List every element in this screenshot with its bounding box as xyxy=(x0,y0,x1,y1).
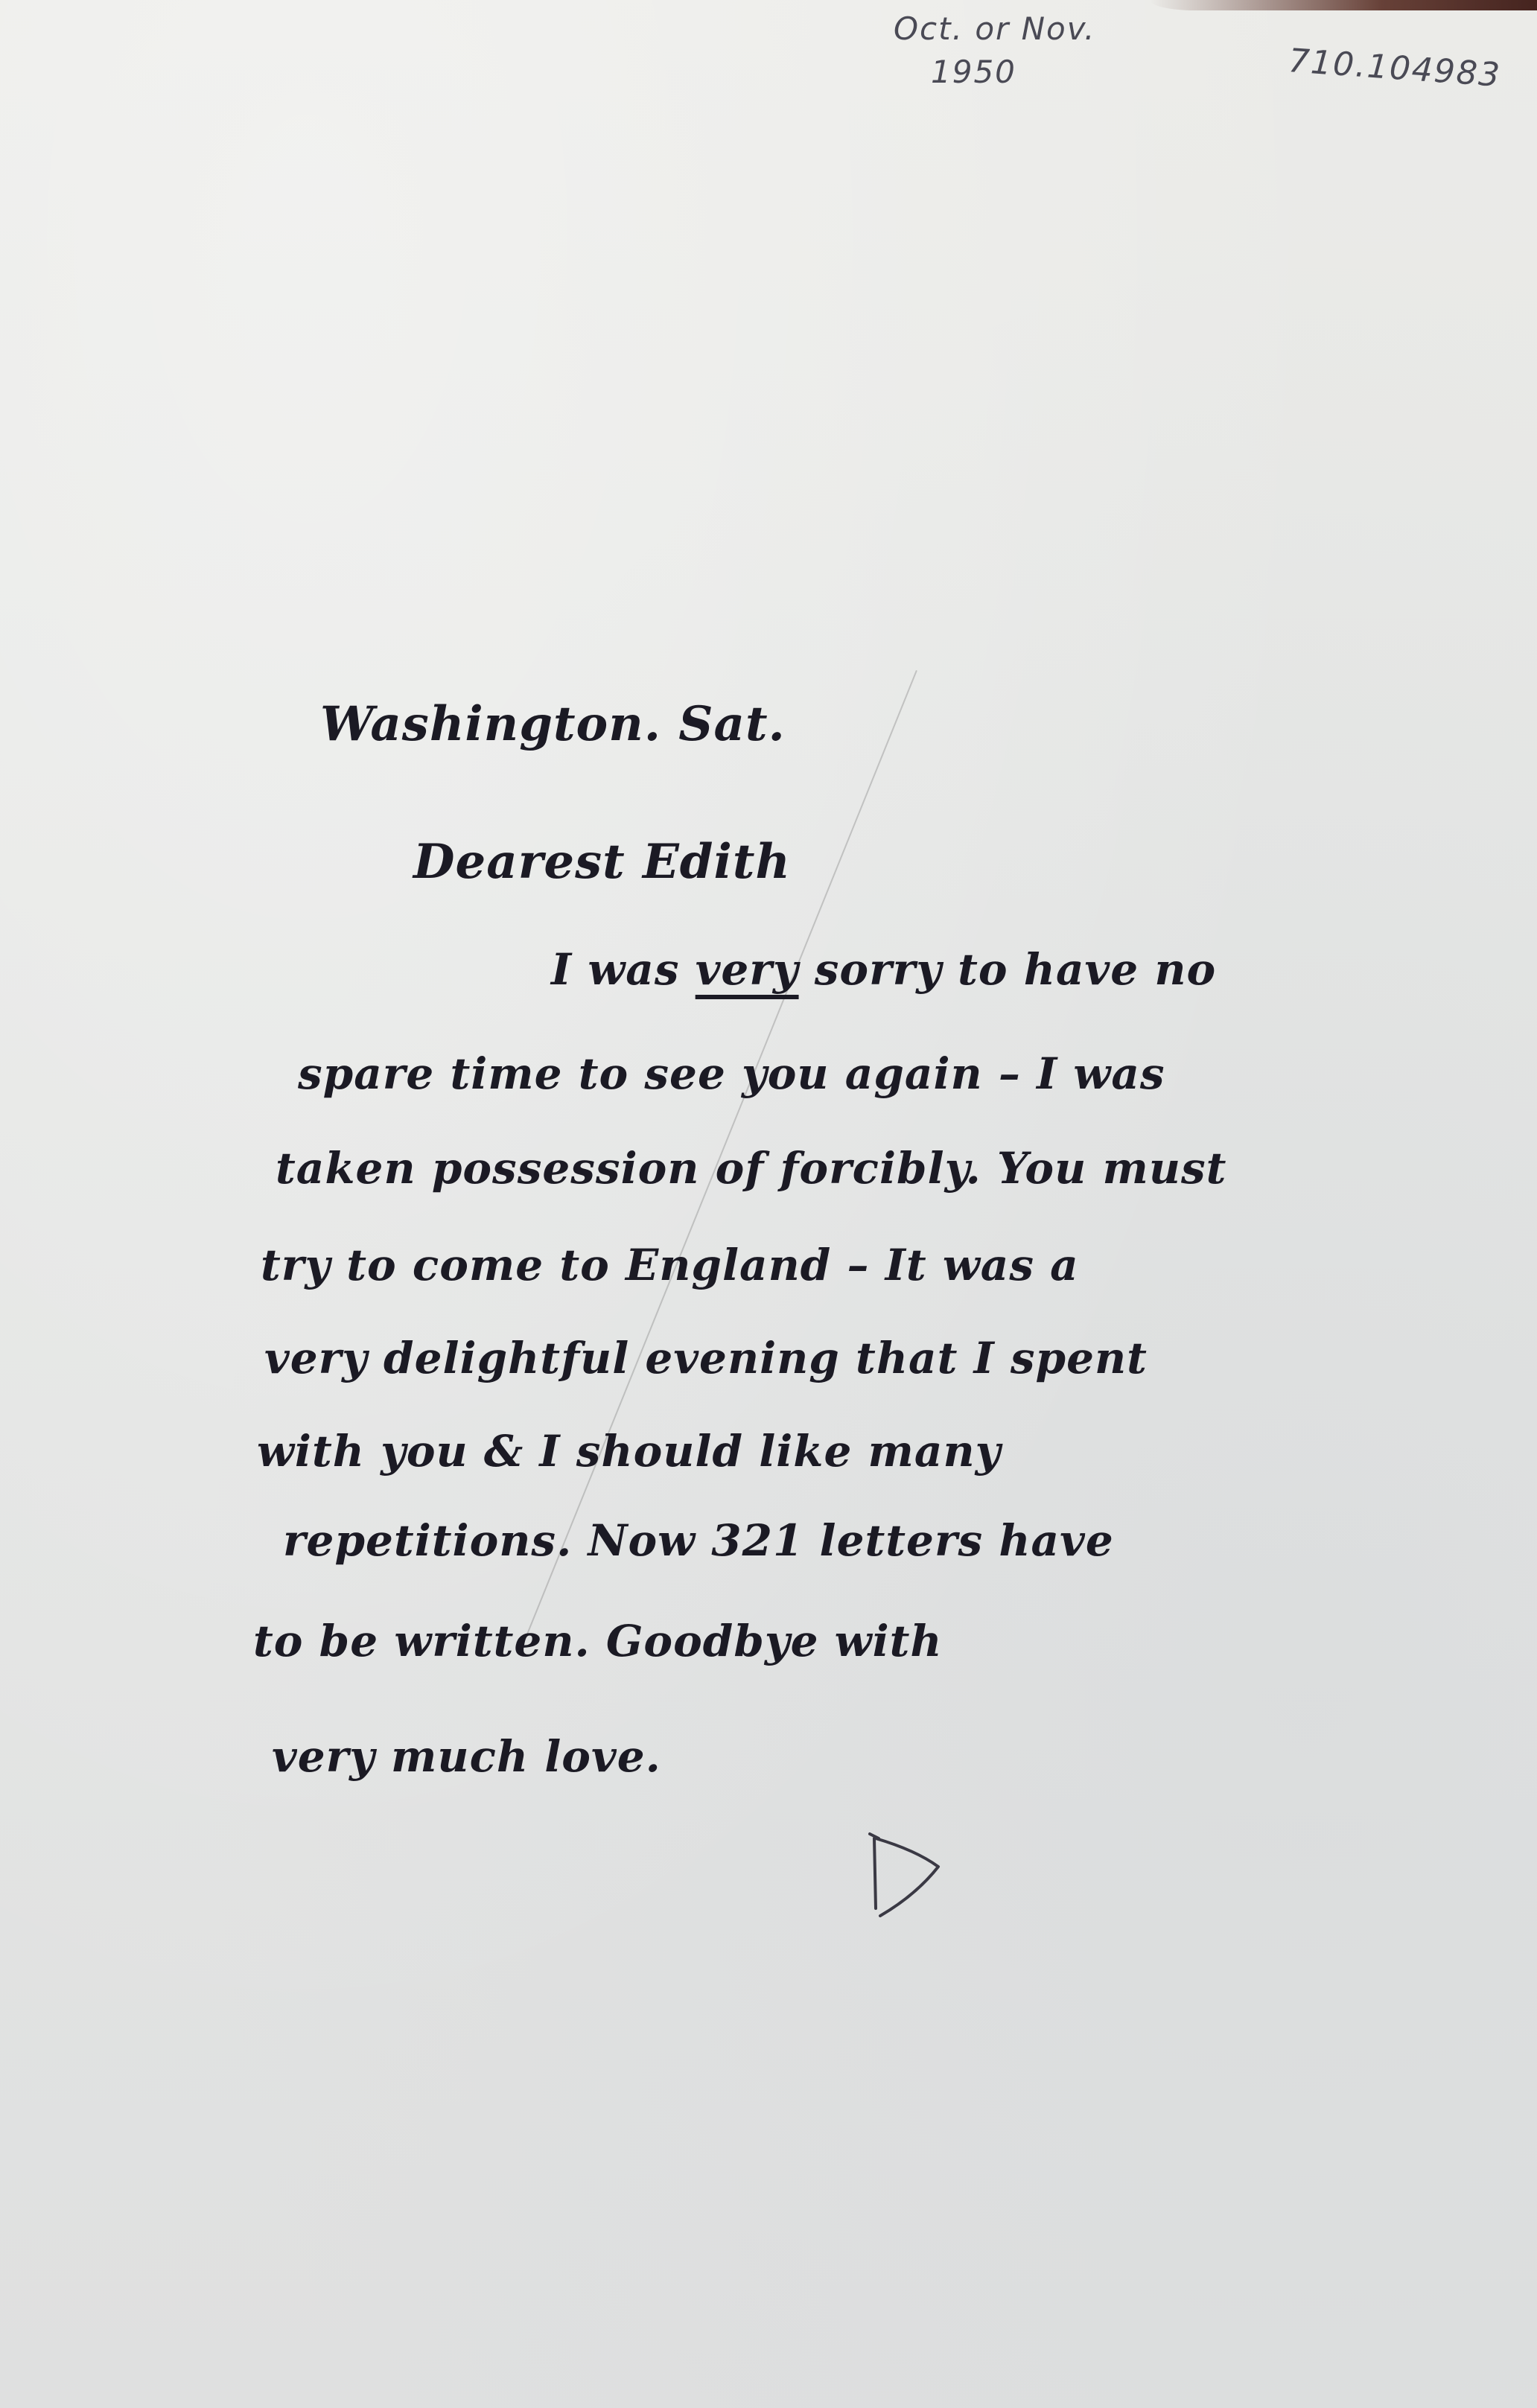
letter-place-date: Washington. Sat. xyxy=(320,696,786,752)
archive-year-note: 1950 xyxy=(931,54,1016,90)
underlined-emphasis: very xyxy=(696,944,799,995)
letter-line-2: spare time to see you again – I was xyxy=(298,1048,1165,1099)
page-corner-shadow xyxy=(1150,0,1537,10)
letter-line-1-start: I was xyxy=(551,944,696,995)
letter-line-8: to be written. Goodbye with xyxy=(253,1616,943,1666)
archive-catalog-number: 710.104983 xyxy=(1288,42,1503,95)
letter-line-9: very much love. xyxy=(272,1731,661,1782)
letter-page: Oct. or Nov. 1950 710.104983 Washington.… xyxy=(0,0,1537,2408)
archive-date-note: Oct. or Nov. xyxy=(894,10,1096,47)
letter-line-5: very delightful evening that I spent xyxy=(264,1333,1148,1383)
letter-line-4: try to come to England – It was a xyxy=(261,1240,1079,1290)
letter-line-6: with you & I should like many xyxy=(257,1426,1001,1477)
signature-initial-icon xyxy=(864,1828,946,1917)
letter-line-7: repetitions. Now 321 letters have xyxy=(283,1515,1114,1566)
letter-line-1: I was very sorry to have no xyxy=(551,944,1216,995)
letter-line-3: taken possession of forcibly. You must xyxy=(276,1143,1226,1194)
letter-line-1-end: sorry to have no xyxy=(799,944,1217,995)
letter-salutation: Dearest Edith xyxy=(413,834,791,890)
